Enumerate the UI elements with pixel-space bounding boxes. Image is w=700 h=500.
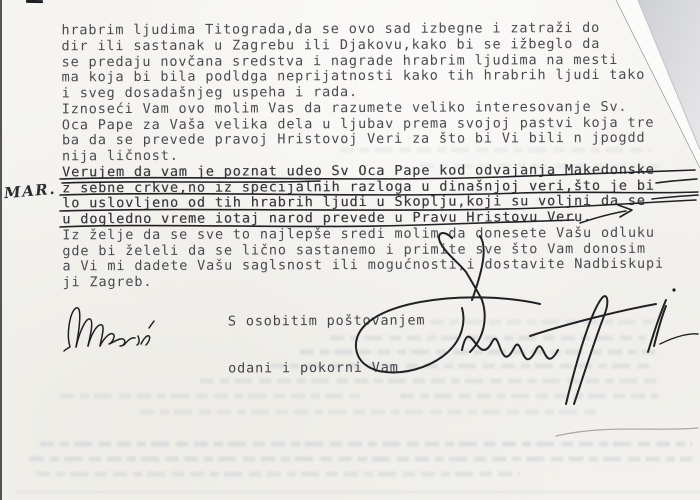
- signature-left-stroke: [64, 308, 80, 351]
- signature-left-stroke: [88, 325, 103, 346]
- signature-right-dot: [672, 288, 675, 291]
- signature-left-stroke: [76, 319, 92, 347]
- signature-right-stroke: [660, 334, 698, 344]
- signature-right-stroke: [566, 296, 607, 404]
- signature-left-stroke: [100, 334, 125, 346]
- typed-line: ba da se prevede pravoj Hristovoj Veri z…: [62, 131, 672, 149]
- typed-line: ma koja bi bila podldga neprijatnosti ka…: [62, 68, 672, 86]
- typed-body: hrabrim ljudima Titograda,da se ovo sad …: [61, 21, 672, 291]
- closing-salutation: S osobitim poštovanjem: [228, 313, 426, 330]
- scan-edge-artifact: [0, 0, 2, 500]
- signature-left-stroke: [124, 336, 139, 345]
- signature-left-stroke: [141, 321, 154, 345]
- closing-devotion: odani i pokorni Vam: [228, 360, 426, 377]
- scan-mark: [26, 0, 43, 3]
- margin-note-handwritten: MAR.: [3, 180, 56, 202]
- pen-faint-flourish: [556, 428, 698, 436]
- signature-left: [64, 308, 154, 351]
- scanned-letter-page: hrabrim ljudima Titograda,da se ovo sad …: [0, 0, 700, 500]
- typed-line: a Vi mi dadete Vašu saglsnost ili mogućn…: [62, 257, 672, 275]
- signature-right-stroke: [648, 300, 666, 352]
- signature-right-stroke: [530, 304, 656, 336]
- signature-right-stroke: [462, 337, 558, 360]
- closing-block: S osobitim poštovanjem odani i pokorni V…: [228, 282, 426, 408]
